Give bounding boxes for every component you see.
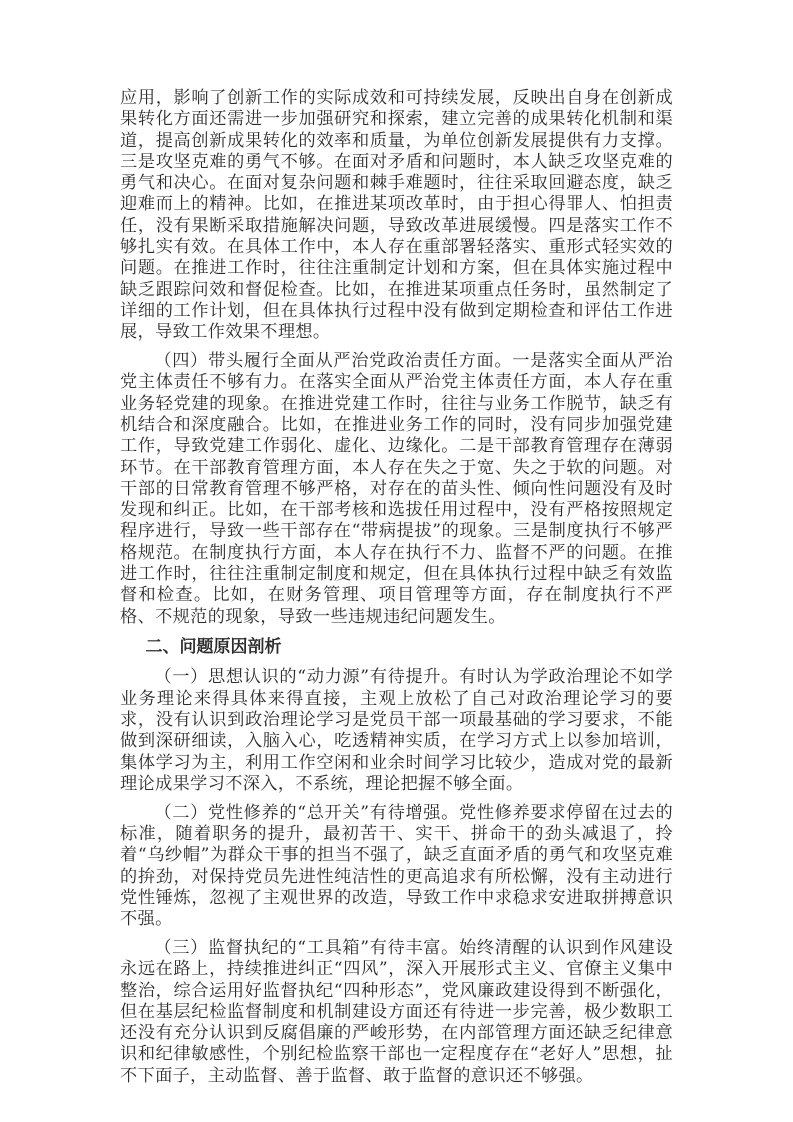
paragraph-cause-3: （三）监督执纪的“工具箱”有待丰富。始终清醒的认识到作风建设永远在路上，持续推进… [120,938,673,1087]
paragraph-cause-1: （一）思想认识的“动力源”有待提升。有时认为学政治理论不如学业务理论来得具体来得… [120,667,673,795]
paragraph-continuation: 应用，影响了创新工作的实际成效和可持续发展，反映出自身在创新成果转化方面还需进一… [120,88,673,344]
document-page: 应用，影响了创新工作的实际成效和可持续发展，反映出自身在创新成果转化方面还需进一… [120,88,673,1095]
paragraph-cause-2: （二）党性修养的“总开关”有待增强。党性修养要求停留在过去的标准，随着职务的提升… [120,803,673,931]
paragraph-section-four: （四）带头履行全面从严治党政治责任方面。一是落实全面从严治党主体责任不够有力。在… [120,351,673,628]
section-heading-cause-analysis: 二、问题原因剖析 [120,635,673,659]
